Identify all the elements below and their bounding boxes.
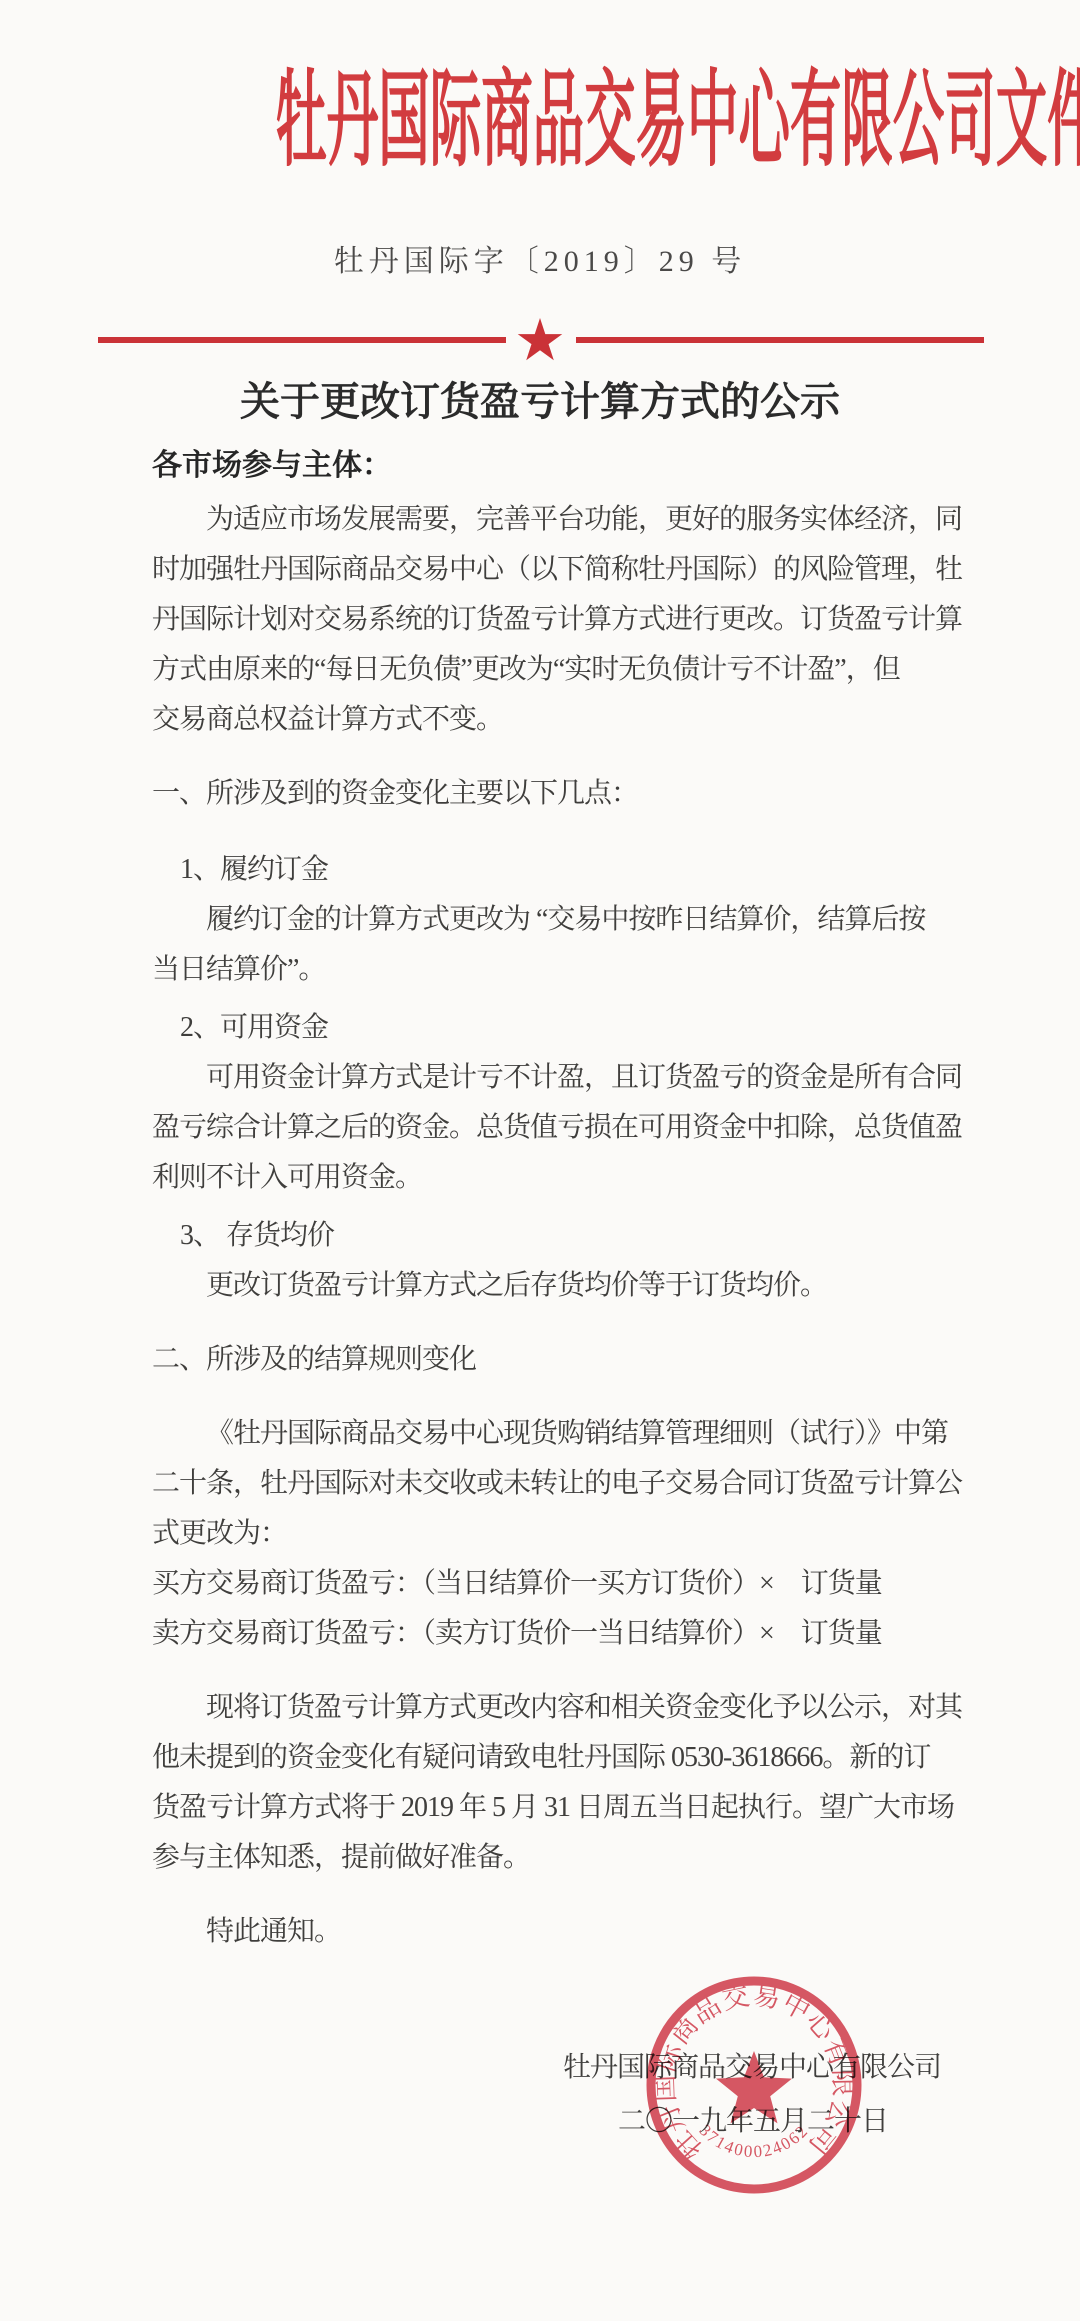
body-line: 式更改为： <box>152 1509 982 1559</box>
body-line: 卖方交易商订货盈亏：（卖方订货价一当日结算价）× 订货量 <box>152 1609 982 1659</box>
body-block-p: 可用资金计算方式是计亏不计盈，且订货盈亏的资金是所有合同盈亏综合计算之后的资金。… <box>152 1053 982 1203</box>
body-block-p: 履约订金的计算方式更改为 “交易中按昨日结算价，结算后按当日结算价”。 <box>152 895 982 995</box>
letterhead-title: 牡丹国际商品交易中心有限公司文件 <box>275 46 804 196</box>
body-line: 1、履约订金 <box>152 845 982 895</box>
body-line: 货盈亏计算方式将于 2019 年 5 月 31 日周五当日起执行。望广大市场 <box>152 1783 982 1833</box>
body-line: 利则不计入可用资金。 <box>152 1153 982 1203</box>
body-block-num: 2、可用资金 <box>152 1003 982 1053</box>
document-title: 关于更改订货盈亏计算方式的公示 <box>0 378 1080 426</box>
body-block-p: 为适应市场发展需要，完善平台功能，更好的服务实体经济，同时加强牡丹国际商品交易中… <box>152 495 982 745</box>
body-line: 时加强牡丹国际商品交易中心（以下简称牡丹国际）的风险管理，牡 <box>152 545 982 595</box>
body-block-p: 更改订货盈亏计算方式之后存货均价等于订货均价。 <box>152 1261 982 1311</box>
body-block-h: 一、所涉及到的资金变化主要以下几点： <box>152 769 982 819</box>
company-seal: 牡丹国际商品交易中心有限公司 371400024062 <box>643 1972 865 2204</box>
body-block-h: 二、所涉及的结算规则变化 <box>152 1335 982 1385</box>
seal-number: 371400024062 <box>696 2121 813 2162</box>
body-line: 更改订货盈亏计算方式之后存货均价等于订货均价。 <box>152 1261 982 1311</box>
body-line: 他未提到的资金变化有疑问请致电牡丹国际 0530-3618666。新的订 <box>152 1733 982 1783</box>
body-block-formula: 买方交易商订货盈亏：（当日结算价一买方订货价）× 订货量卖方交易商订货盈亏：（卖… <box>152 1559 982 1659</box>
body-line: 当日结算价”。 <box>152 945 982 995</box>
separator-rule-left <box>98 337 506 343</box>
body-line: 一、所涉及到的资金变化主要以下几点： <box>152 769 982 819</box>
body-line: 为适应市场发展需要，完善平台功能，更好的服务实体经济，同 <box>152 495 982 545</box>
document-number: 牡丹国际字〔2019〕29 号 <box>0 240 1080 284</box>
body-line: 丹国际计划对交易系统的订货盈亏计算方式进行更改。订货盈亏计算 <box>152 595 982 645</box>
body-line: 交易商总权益计算方式不变。 <box>152 695 982 745</box>
body-line: 可用资金计算方式是计亏不计盈，且订货盈亏的资金是所有合同 <box>152 1053 982 1103</box>
body-flow: 为适应市场发展需要，完善平台功能，更好的服务实体经济，同时加强牡丹国际商品交易中… <box>152 495 982 1957</box>
body-block-num: 3、 存货均价 <box>152 1211 982 1261</box>
body-line: 盈亏综合计算之后的资金。总货值亏损在可用资金中扣除，总货值盈 <box>152 1103 982 1153</box>
body-line: 参与主体知悉，提前做好准备。 <box>152 1833 982 1883</box>
body-line: 2、可用资金 <box>152 1003 982 1053</box>
body-line: 方式由原来的“每日无负债”更改为“实时无负债计亏不计盈”，但 <box>152 645 982 695</box>
body-line: 二、所涉及的结算规则变化 <box>152 1335 982 1385</box>
body-line: 《牡丹国际商品交易中心现货购销结算管理细则（试行）》中第 <box>152 1409 982 1459</box>
salutation: 各市场参与主体： <box>152 446 392 486</box>
body-block-p: 《牡丹国际商品交易中心现货购销结算管理细则（试行）》中第二十条，牡丹国际对未交收… <box>152 1409 982 1559</box>
body-line: 二十条，牡丹国际对未交收或未转让的电子交易合同订货盈亏计算公 <box>152 1459 982 1509</box>
document-page: 牡丹国际商品交易中心有限公司文件 牡丹国际字〔2019〕29 号 ★ 关于更改订… <box>0 0 1080 2321</box>
body-block-p: 特此通知。 <box>152 1907 982 1957</box>
seal-star-icon <box>716 2051 792 2123</box>
body-block-p: 现将订货盈亏计算方式更改内容和相关资金变化予以公示，对其他未提到的资金变化有疑问… <box>152 1683 982 1883</box>
body-line: 特此通知。 <box>152 1907 982 1957</box>
body-line: 3、 存货均价 <box>152 1211 982 1261</box>
star-icon: ★ <box>505 310 575 372</box>
body-line: 履约订金的计算方式更改为 “交易中按昨日结算价，结算后按 <box>152 895 982 945</box>
body-line: 现将订货盈亏计算方式更改内容和相关资金变化予以公示，对其 <box>152 1683 982 1733</box>
separator-rule-right <box>576 337 984 343</box>
body-block-num: 1、履约订金 <box>152 845 982 895</box>
body-line: 买方交易商订货盈亏：（当日结算价一买方订货价）× 订货量 <box>152 1559 982 1609</box>
